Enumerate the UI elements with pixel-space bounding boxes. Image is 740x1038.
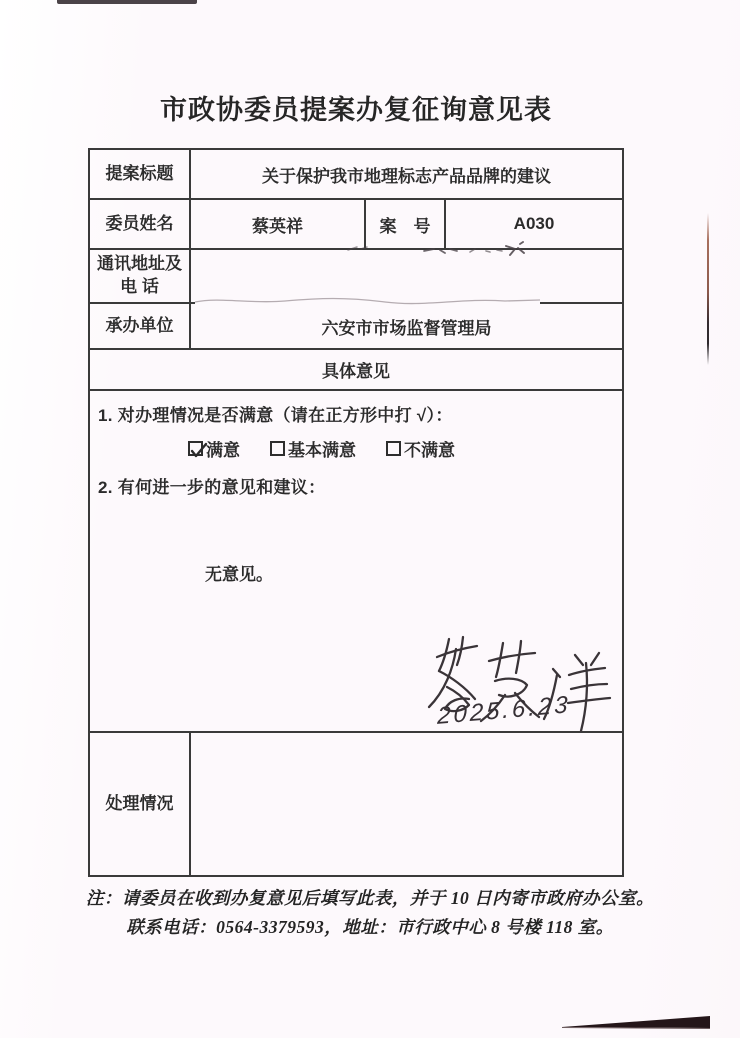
- row-opinion-header: 具体意见: [90, 348, 622, 389]
- contact-label: 通讯地址及 电 话: [90, 250, 189, 302]
- redacted-text-fragments: [340, 240, 540, 264]
- choice-unsatisfied: 不满意: [386, 436, 455, 461]
- opinion-header: 具体意见: [90, 350, 622, 389]
- handwritten-check-icon: [188, 439, 210, 461]
- proposal-title-value: 关于保护我市地理标志产品品牌的建议: [189, 150, 622, 198]
- checkbox-basically-satisfied: [270, 441, 285, 456]
- whiteout-smudge: [195, 294, 540, 307]
- scanned-form-sheet: 市政协委员提案办复征询意见表 提案标题 关于保护我市地理标志产品品牌的建议 委员…: [0, 0, 740, 1038]
- footer-note: 注：请委员在收到办复意见后填写此表，并于 10 日内寄市政府办公室。 联系电话：…: [0, 884, 740, 942]
- handler-label: 承办单位: [90, 304, 189, 348]
- question-satisfaction: 1. 对办理情况是否满意（请在正方形中打 √）：: [98, 401, 612, 426]
- scan-artifact-top: [57, 0, 197, 4]
- choice-satisfied-label: 满意: [206, 436, 240, 461]
- row-opinion-body: 1. 对办理情况是否满意（请在正方形中打 √）： 满意 基本满意: [90, 389, 622, 731]
- choice-satisfied: 满意: [188, 436, 240, 461]
- paper-edge-line: [707, 213, 709, 365]
- processing-value: [189, 733, 622, 875]
- row-proposal-title: 提案标题 关于保护我市地理标志产品品牌的建议: [90, 150, 622, 198]
- answer-text: 无意见。: [205, 560, 612, 585]
- opinion-body: 1. 对办理情况是否满意（请在正方形中打 √）： 满意 基本满意: [90, 391, 622, 731]
- member-name-label: 委员姓名: [90, 200, 189, 248]
- choice-basically-satisfied-label: 基本满意: [288, 436, 356, 461]
- member-name-value: 蔡英祥: [189, 200, 364, 248]
- contact-label-line1: 通讯地址及: [97, 253, 182, 276]
- footer-line1: 注：请委员在收到办复意见后填写此表，并于 10 日内寄市政府办公室。: [0, 884, 740, 913]
- checkbox-satisfied-checked: [188, 441, 203, 456]
- scan-shadow-corner: [560, 1008, 740, 1038]
- question-suggestions: 2. 有何进一步的意见和建议：: [98, 473, 612, 498]
- choice-basically-satisfied: 基本满意: [270, 436, 356, 461]
- processing-label: 处理情况: [90, 733, 189, 875]
- page-title: 市政协委员提案办复征询意见表: [88, 88, 624, 127]
- handler-value: 六安市市场监督管理局: [189, 304, 622, 348]
- choice-unsatisfied-label: 不满意: [404, 436, 455, 461]
- proposal-title-label: 提案标题: [90, 150, 189, 198]
- footer-line2: 联系电话：0564-3379593，地址：市行政中心 8 号楼 118 室。: [0, 913, 740, 942]
- signature-block: 2025.6.23: [423, 635, 713, 737]
- checkbox-unsatisfied: [386, 441, 401, 456]
- contact-label-line2: 电 话: [97, 276, 182, 299]
- row-handler: 承办单位 六安市市场监督管理局: [90, 302, 622, 348]
- satisfaction-choices: 满意 基本满意 不满意: [188, 436, 612, 461]
- row-processing: 处理情况: [90, 731, 622, 875]
